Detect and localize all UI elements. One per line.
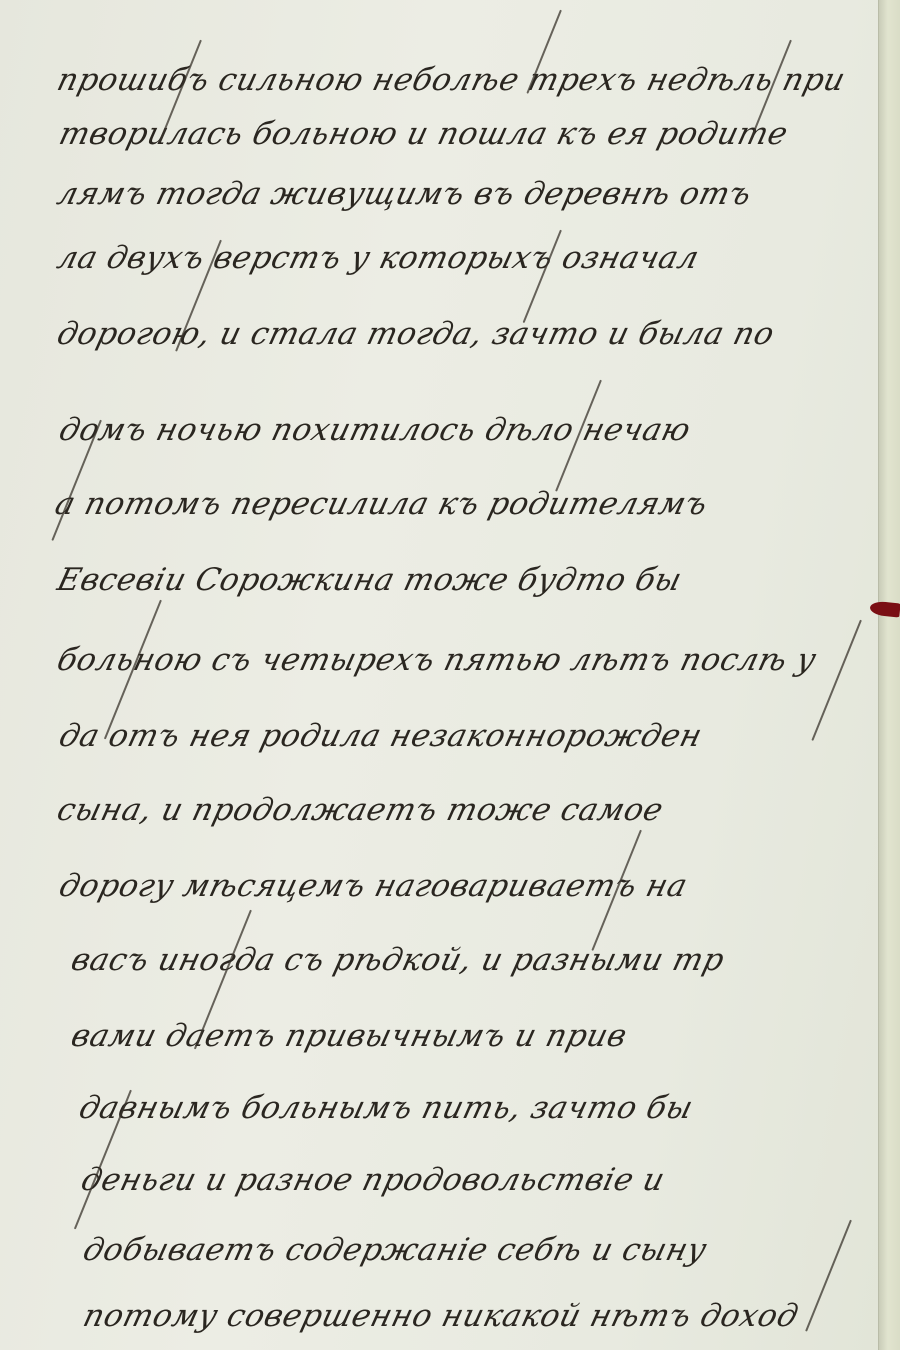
adjacent-page-edge [878, 0, 900, 1350]
text-line: дорогу мѣсяцемъ наговариваетъ на [56, 868, 900, 904]
manuscript-page: прошибъ сильною небoлѣе трехъ недѣль при… [0, 0, 880, 1350]
text-line: сына, и продолжаетъ тоже самое [54, 792, 900, 828]
text-line: ла двухъ верстъ у которыхъ означал [54, 240, 900, 276]
text-line: да отъ нея родила незаконнорожден [56, 718, 900, 754]
text-line: потому совершенно никакой нѣтъ доход [80, 1298, 900, 1334]
text-line: дорогою, и стала тогда, зачто и была по [54, 316, 900, 352]
text-line: больною съ четырехъ пятью лѣтъ послѣ у [54, 642, 900, 678]
text-line: а потомъ пересилила къ родителямъ [52, 486, 900, 522]
text-line: вами даетъ привычнымъ и прив [68, 1018, 900, 1054]
text-line: давнымъ больнымъ пить, зачто бы [76, 1090, 900, 1126]
text-line: лямъ тогда живущимъ въ деревнѣ отъ [54, 176, 900, 212]
text-line: васъ иногда съ рѣдкой, и разными тр [68, 942, 900, 978]
text-line: добываетъ содержаніе себѣ и сыну [80, 1232, 900, 1268]
text-line: деньги и разное продовольствіе и [78, 1162, 900, 1198]
text-line: домъ ночью похитилось дѣло нечаю [56, 412, 900, 448]
text-line: Евсевіи Сорожкина тоже будто бы [54, 562, 900, 598]
text-line: творилась больною и пошла къ ея родите [56, 116, 900, 152]
